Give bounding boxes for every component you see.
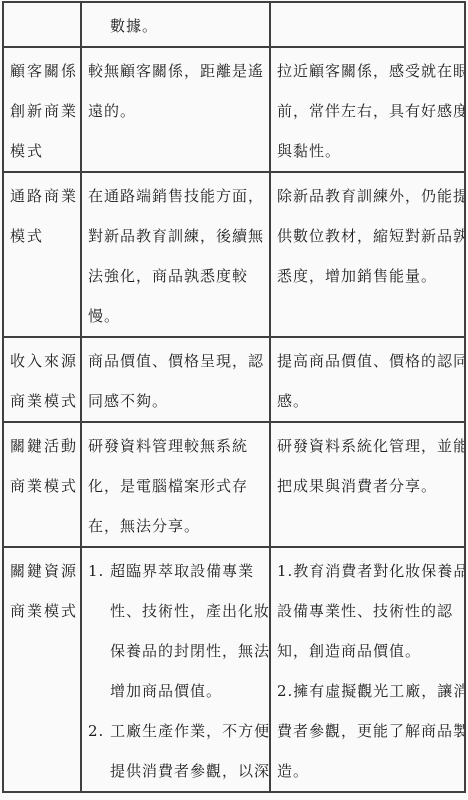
text-line: 數據。: [88, 6, 267, 46]
text-line: 在通路端銷售技能方面，: [88, 176, 267, 216]
text-line: 在，無法分享。: [88, 506, 267, 546]
text-line: 感。: [277, 381, 462, 421]
row-label-cell: 通路商業模式: [4, 173, 82, 336]
text-line: 提高商品價值、價格的認同: [277, 341, 462, 381]
before-cell: 較無顧客關係，距離是遙遠的。: [82, 48, 271, 171]
text-line: 同感不夠。: [88, 381, 267, 421]
text-line: 研發資料管理較無系統: [88, 426, 267, 466]
text-line: 收入來源: [10, 341, 78, 381]
before-cell: 在通路端銷售技能方面，對新品教育訓練，後續無法強化，商品孰悉度較慢。: [82, 173, 271, 336]
after-cell: 除新品教育訓練外，仍能提供數位教材，縮短對新品孰悉度，增加銷售能量。: [271, 173, 464, 336]
text-line: 1.教育消費者對化妝保養品: [277, 551, 462, 591]
document-page: 數據。顧客關係創新商業模式較無顧客關係，距離是遙遠的。拉近顧客關係，感受就在眼前…: [0, 0, 468, 800]
after-cell: 拉近顧客關係，感受就在眼前，常伴左右，具有好感度與黏性。: [271, 48, 464, 171]
text-line: 1. 超臨界萃取設備專業: [88, 551, 267, 591]
text-line: 造。: [277, 751, 462, 791]
text-line: 拉近顧客關係，感受就在眼: [277, 51, 462, 91]
text-line: 設備專業性、技術性的認: [277, 591, 462, 631]
table-row: 通路商業模式在通路端銷售技能方面，對新品教育訓練，後續無法強化，商品孰悉度較慢。…: [4, 173, 464, 338]
before-cell: 研發資料管理較無系統化，是電腦檔案形式存在，無法分享。: [82, 423, 271, 546]
table-row: 收入來源商業模式商品價值、價格呈現，認同感不夠。提高商品價值、價格的認同感。: [4, 338, 464, 423]
text-line: 遠的。: [88, 91, 267, 131]
text-line: 研發資料系統化管理，並能: [277, 426, 462, 466]
text-line: 保養品的封閉性，無法: [88, 631, 267, 671]
text-line: 法強化，商品孰悉度較: [88, 256, 267, 296]
text-line: 關鍵資源: [10, 551, 78, 591]
text-line: 2.擁有虛擬觀光工廠，讓消: [277, 671, 462, 711]
before-cell: 1. 超臨界萃取設備專業性、技術性，產出化妝保養品的封閉性，無法增加商品價值。2…: [82, 548, 271, 791]
text-line: 費者參觀，更能了解商品製: [277, 711, 462, 751]
text-line: 商業模式: [10, 466, 78, 506]
text-line: 創新商業: [10, 91, 78, 131]
row-label-cell: 顧客關係創新商業模式: [4, 48, 82, 171]
text-line: 提供消費者參觀，以深: [88, 751, 267, 791]
after-cell: 提高商品價值、價格的認同感。: [271, 338, 464, 421]
text-line: 增加商品價值。: [88, 671, 267, 711]
text-line: 把成果與消費者分享。: [277, 466, 462, 506]
table-row: 關鍵活動商業模式研發資料管理較無系統化，是電腦檔案形式存在，無法分享。研發資料系…: [4, 423, 464, 548]
text-line: 顧客關係: [10, 51, 78, 91]
text-line: 模式: [10, 216, 78, 256]
text-line: 商業模式: [10, 381, 78, 421]
text-line: 與黏性。: [277, 131, 462, 171]
text-line: 2. 工廠生產作業，不方便: [88, 711, 267, 751]
before-cell: 數據。: [82, 3, 271, 46]
after-cell: 1.教育消費者對化妝保養品設備專業性、技術性的認知，創造商品價值。2.擁有虛擬觀…: [271, 548, 464, 791]
row-label-cell: 關鍵活動商業模式: [4, 423, 82, 546]
text-line: 通路商業: [10, 176, 78, 216]
text-line: 悉度，增加銷售能量。: [277, 256, 462, 296]
after-cell: 研發資料系統化管理，並能把成果與消費者分享。: [271, 423, 464, 546]
text-line: 化，是電腦檔案形式存: [88, 466, 267, 506]
table-row: 關鍵資源商業模式1. 超臨界萃取設備專業性、技術性，產出化妝保養品的封閉性，無法…: [4, 548, 464, 791]
text-line: 對新品教育訓練，後續無: [88, 216, 267, 256]
after-cell: [271, 3, 464, 46]
table-row: 數據。: [4, 3, 464, 48]
before-cell: 商品價值、價格呈現，認同感不夠。: [82, 338, 271, 421]
text-line: 模式: [10, 131, 78, 171]
row-label-cell: 收入來源商業模式: [4, 338, 82, 421]
text-line: 前，常伴左右，具有好感度: [277, 91, 462, 131]
table-row: 顧客關係創新商業模式較無顧客關係，距離是遙遠的。拉近顧客關係，感受就在眼前，常伴…: [4, 48, 464, 173]
text-line: 性、技術性，產出化妝: [88, 591, 267, 631]
text-line: 商業模式: [10, 591, 78, 631]
comparison-table: 數據。顧客關係創新商業模式較無顧客關係，距離是遙遠的。拉近顧客關係，感受就在眼前…: [2, 1, 466, 793]
text-line: 供數位教材，縮短對新品孰: [277, 216, 462, 256]
text-line: 除新品教育訓練外，仍能提: [277, 176, 462, 216]
text-line: 關鍵活動: [10, 426, 78, 466]
text-line: 商品價值、價格呈現，認: [88, 341, 267, 381]
text-line: 知，創造商品價值。: [277, 631, 462, 671]
row-label-cell: 關鍵資源商業模式: [4, 548, 82, 791]
row-label-cell: [4, 3, 82, 46]
text-line: 較無顧客關係，距離是遙: [88, 51, 267, 91]
text-line: 慢。: [88, 296, 267, 336]
